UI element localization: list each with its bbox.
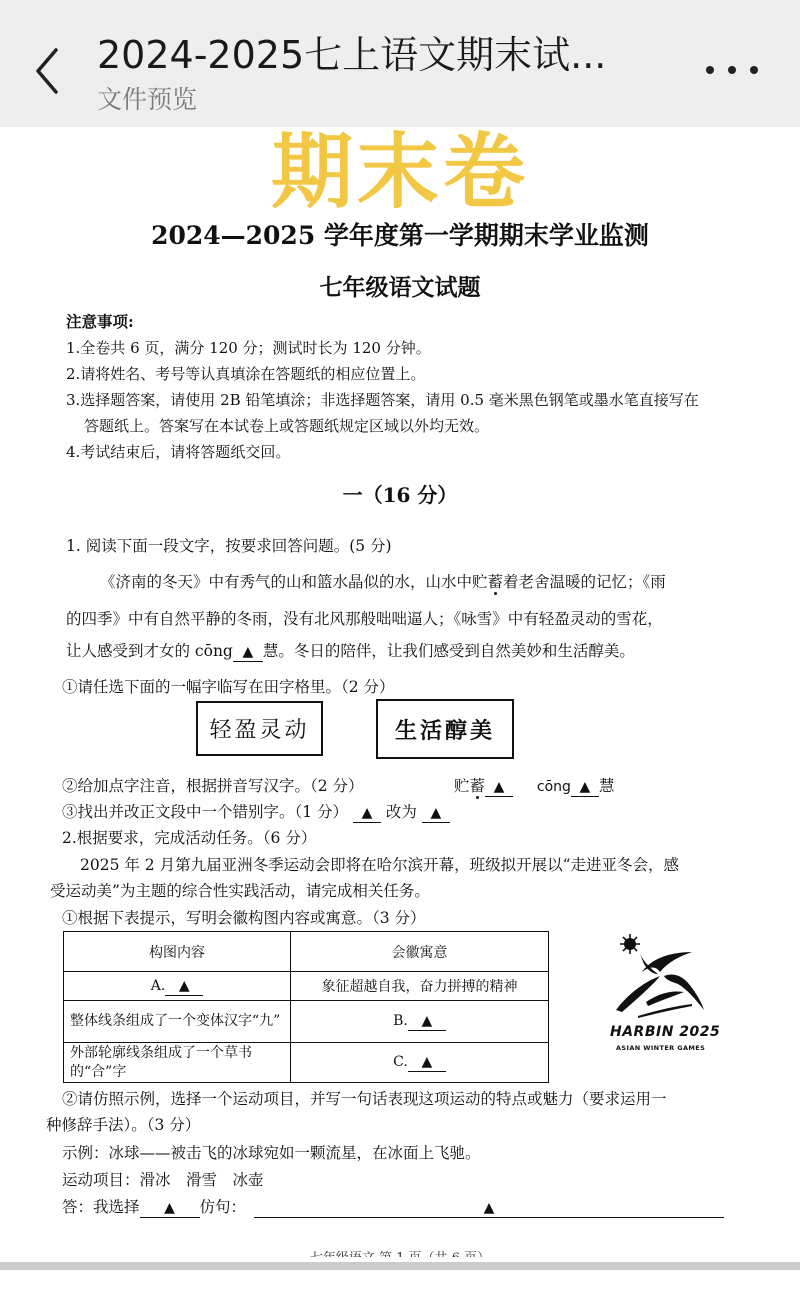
q1-sub3: ③找出并改正文段中一个错别字。（1 分） ▲ 改为 ▲ — [62, 798, 450, 827]
answer-blank[interactable]: ▲ — [408, 1053, 446, 1072]
change-to-label: 改为 — [386, 803, 417, 821]
triangle-marker-icon: ▲ — [179, 978, 190, 994]
triangle-marker-icon: ▲ — [430, 805, 441, 821]
table-cell: 整体线条组成了一个变体汉字“九” — [64, 1001, 291, 1043]
table-header: 会徽寓意 — [291, 932, 549, 972]
emblem-table: 构图内容 会徽寓意 A.▲ 象征超越自我，奋力拼搏的精神 整体线条组成了一个变体… — [63, 931, 549, 1083]
passage-text: 慧。冬日的陪伴，让我们感受到自然美妙和生活醇美。 — [263, 642, 635, 660]
answer-blank[interactable]: ▲ — [571, 777, 599, 797]
q1-sub2: ②给加点字注音，根据拼音写汉字。（2 分） — [62, 772, 364, 801]
answer-blank[interactable]: ▲ — [422, 803, 450, 823]
label-text: 慧 — [599, 777, 615, 795]
answer-blank[interactable]: ▲ — [353, 803, 381, 823]
cell-label: B. — [393, 1013, 408, 1029]
sports-options: 运动项目：滑冰 滑雪 冰壶 — [62, 1166, 264, 1195]
q1-passage-line: 《济南的冬天》中有秀气的山和篮水晶似的水，山水中贮蓄着老舍温暖的记忆；《雨 — [100, 568, 666, 597]
q2-intro-line: 受运动美”为主题的综合性实践活动，请完成相关任务。 — [50, 877, 430, 906]
more-options-button[interactable] — [706, 55, 758, 85]
triangle-marker-icon: ▲ — [421, 1054, 432, 1070]
q1-passage-line: 让人感受到才女的 cōng▲慧。冬日的陪伴，让我们感受到自然美妙和生活醇美。 — [66, 637, 635, 666]
dotted-char: 蓄 — [470, 777, 486, 795]
question-1-stem: 1. 阅读下面一段文字，按要求回答问题。(5 分) — [66, 532, 392, 561]
passage-text: 让人感受到才女的 cōng — [66, 642, 233, 660]
cell-label: A. — [151, 978, 166, 994]
table-cell[interactable]: A.▲ — [64, 972, 291, 1001]
page-footer: 七年级语文 第 1 页（共 6 页） — [0, 1247, 800, 1257]
file-title: 2024-2025七上语文期末试... — [97, 24, 606, 79]
final-exam-stamp: 期末卷 — [0, 127, 800, 219]
exam-notes: 注意事项: 1.全卷共 6 页，满分 120 分；测试时长为 120 分钟。 2… — [66, 309, 746, 465]
triangle-marker-icon: ▲ — [242, 644, 253, 660]
table-row: 外部轮廓线条组成了一个草书的“合”字 C.▲ — [64, 1043, 549, 1083]
note-item: 1.全卷共 6 页，满分 120 分；测试时长为 120 分钟。 — [66, 335, 746, 361]
note-item: 4.考试结束后，请将答题纸交回。 — [66, 439, 746, 465]
answer-line: 答：我选择▲仿句：▲ — [62, 1193, 724, 1222]
more-horizontal-icon — [728, 66, 736, 74]
example-text: 示例：冰球——被击飞的冰球宛如一颗流星，在冰面上飞驰。 — [62, 1139, 481, 1168]
answer-blank[interactable]: ▲ — [485, 777, 513, 797]
q2-sub2-line: 种修辞手法）。（3 分） — [46, 1111, 200, 1140]
harbin-2025-logo: HARBIN 2025 ASIAN WINTER GAMES — [608, 932, 723, 1062]
triangle-marker-icon: ▲ — [164, 1200, 175, 1216]
exam-subtitle: 七年级语文试题 — [0, 269, 800, 302]
q2-sub1: ①根据下表提示，写明会徽构图内容或寓意。（3 分） — [62, 904, 426, 933]
passage-text: 《济南的冬天》中有秀气的山和篮水晶似的水，山水中贮 — [100, 573, 488, 591]
app-bar: 2024-2025七上语文期末试... 文件预览 — [0, 0, 800, 127]
calligraphy-option-2: 生活醇美 — [376, 699, 514, 759]
q1-sub1: ①请任选下面的一幅字临写在田字格里。（2 分） — [62, 673, 395, 702]
logo-subtitle: ASIAN WINTER GAMES — [616, 1044, 705, 1052]
table-cell: 外部轮廓线条组成了一个草书的“合”字 — [64, 1043, 291, 1083]
table-row: 整体线条组成了一个变体汉字“九” B.▲ — [64, 1001, 549, 1043]
document-page[interactable]: 期末卷 2024—2025 学年度第一学期期末学业监测 七年级语文试题 注意事项… — [0, 127, 800, 1262]
q2-intro-line: 2025 年 2 月第九届亚洲冬季运动会即将在哈尔滨开幕，班级拟开展以“走进亚冬… — [80, 851, 679, 880]
back-button[interactable] — [26, 40, 70, 100]
triangle-marker-icon: ▲ — [484, 1200, 495, 1216]
imitation-label: 仿句： — [200, 1198, 247, 1216]
more-horizontal-icon — [706, 66, 714, 74]
answer-blank[interactable]: ▲ — [165, 977, 203, 996]
table-row: A.▲ 象征超越自我，奋力拼搏的精神 — [64, 972, 549, 1001]
q1-passage-line: 的四季》中有自然平静的冬雨，没有北风那般咄咄逼人；《咏雪》中有轻盈灵动的雪花， — [66, 605, 663, 634]
answer-prefix: 答：我选择 — [62, 1198, 140, 1216]
chevron-left-icon — [26, 40, 70, 100]
table-cell: 象征超越自我，奋力拼搏的精神 — [291, 972, 549, 1001]
table-cell[interactable]: C.▲ — [291, 1043, 549, 1083]
table-cell[interactable]: B.▲ — [291, 1001, 549, 1043]
asian-winter-games-emblem-icon — [608, 932, 723, 1024]
triangle-marker-icon: ▲ — [580, 779, 591, 795]
file-preview-label: 文件预览 — [97, 80, 197, 116]
exam-title: 2024—2025 学年度第一学期期末学业监测 — [0, 216, 800, 252]
question-2-stem: 2.根据要求，完成活动任务。（6 分） — [62, 824, 316, 853]
note-item: 2.请将姓名、考号等认真填涂在答题纸的相应位置上。 — [66, 361, 746, 387]
q1-sub2-answers: 贮蓄▲ cōng▲慧 — [454, 772, 614, 802]
cell-label: C. — [393, 1054, 408, 1070]
logo-title: HARBIN 2025 — [610, 1024, 720, 1040]
pinyin-text: cōng — [537, 779, 571, 795]
dotted-char: 蓄 — [488, 573, 504, 591]
next-page-area — [0, 1270, 800, 1289]
section-heading: 一（16 分） — [0, 479, 800, 508]
triangle-marker-icon: ▲ — [362, 805, 373, 821]
sport-choice-blank[interactable]: ▲ — [140, 1198, 200, 1218]
triangle-marker-icon: ▲ — [494, 779, 505, 795]
passage-text: 着老舍温暖的记忆；《雨 — [503, 573, 666, 591]
note-item: 答题纸上。答案写在本试卷上或答题纸规定区域以外均无效。 — [66, 413, 746, 439]
notes-heading: 注意事项: — [66, 309, 746, 335]
calligraphy-option-1: 轻盈灵动 — [196, 701, 323, 756]
triangle-marker-icon: ▲ — [421, 1013, 432, 1029]
page-divider — [0, 1262, 800, 1270]
more-horizontal-icon — [750, 66, 758, 74]
note-item: 3.选择题答案，请使用 2B 铅笔填涂；非选择题答案，请用 0.5 毫米黑色钢笔… — [66, 387, 746, 413]
table-header: 构图内容 — [64, 932, 291, 972]
answer-blank[interactable]: ▲ — [233, 642, 263, 662]
q1-sub3-text: ③找出并改正文段中一个错别字。（1 分） — [62, 803, 348, 821]
answer-blank[interactable]: ▲ — [408, 1012, 446, 1031]
imitation-sentence-blank[interactable]: ▲ — [254, 1198, 724, 1218]
q2-sub2-line: ②请仿照示例，选择一个运动项目，并写一句话表现这项运动的特点或魅力（要求运用一 — [62, 1085, 667, 1114]
label-text: 贮 — [454, 777, 470, 795]
